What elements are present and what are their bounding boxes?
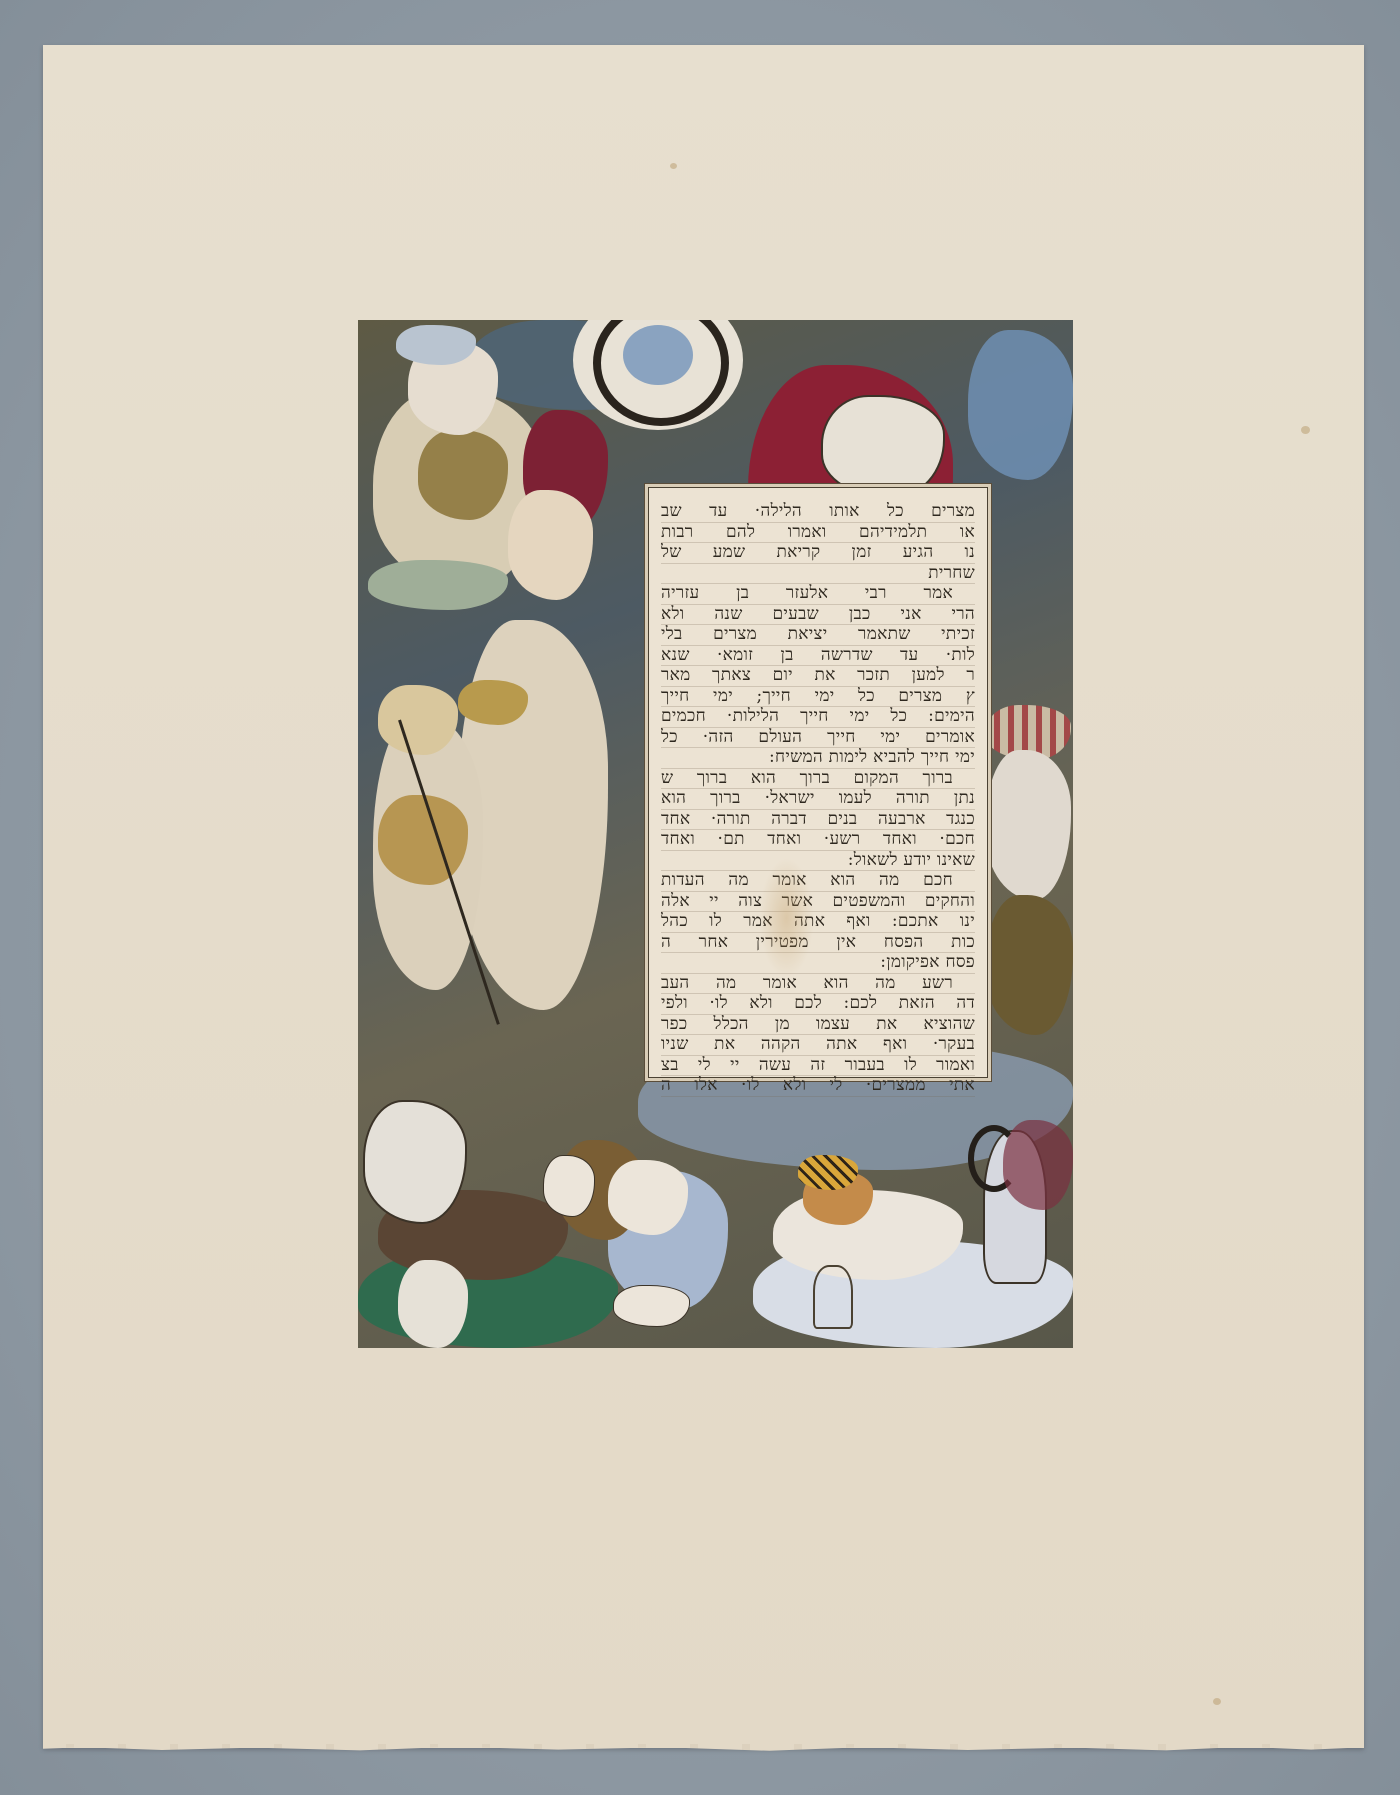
text-line: מצרים כל אותו הלילה· עד שב	[661, 502, 975, 523]
text-line: ואמור לו בעבור זה עשה יי לי בצ	[661, 1056, 975, 1077]
illustration-plate: מצרים כל אותו הלילה· עד שבאו תלמידיהם וא…	[358, 320, 1073, 1348]
text-line: שהוציא את עצמו מן הכלל כפר	[661, 1015, 975, 1036]
haggadah-text-panel: מצרים כל אותו הלילה· עד שבאו תלמידיהם וא…	[648, 487, 988, 1078]
warrior-cloak-ochre	[458, 680, 528, 725]
figure-face	[608, 1160, 688, 1235]
wash-blue-right	[968, 330, 1073, 480]
child-cap	[378, 685, 458, 755]
man-cloak	[986, 895, 1073, 1035]
scene-turbaned-man	[986, 705, 1073, 1045]
figure-lower-hand	[613, 1285, 690, 1327]
foxing-spot	[1213, 1698, 1221, 1705]
text-line: לות· עד שדרשה בן זומא· שנא	[661, 646, 975, 667]
text-line: ר למען תזכר את יום צאתך מאר	[661, 666, 975, 687]
text-line: דה הזאת לכם: לכם ולא לו· ולפי	[661, 994, 975, 1015]
text-line: נו הגיע זמן קריאת שמע של	[661, 543, 975, 564]
lamb-leg	[398, 1260, 468, 1348]
foxing-spot	[1301, 426, 1310, 434]
text-line: ינו אתכם: ואף אתה אמר לו כהל	[661, 912, 975, 933]
text-line: אתי ממצרים· לי ולא לו· אלו ה	[661, 1076, 975, 1097]
text-line: והחקים והמשפטים אשר צוה יי אלה	[661, 892, 975, 913]
text-line: ימי חייך להביא לימות המשיח:	[661, 748, 975, 769]
water-stain	[759, 858, 814, 978]
text-line: חכם מה הוא אומר מה העדות	[661, 871, 975, 892]
wine-wash	[1003, 1120, 1073, 1210]
sleeper-turban	[798, 1155, 858, 1190]
hebrew-text: מצרים כל אותו הלילה· עד שבאו תלמידיהם וא…	[661, 502, 975, 1097]
text-line: שחרית	[661, 564, 975, 585]
foxing-spot	[670, 163, 677, 169]
child-vest	[378, 795, 468, 885]
scene-sleeping-figure	[753, 1120, 1073, 1348]
lamb-head	[363, 1100, 467, 1224]
text-line: בעקר· ואף אתה הקהה את שניו	[661, 1035, 975, 1056]
text-line: הימים: כל ימי חייך הלילות· חכמים	[661, 707, 975, 728]
text-line: כנגד ארבעה בנים דברה תורה· אחד	[661, 810, 975, 831]
raised-hand	[821, 395, 945, 499]
rabbi-cap	[396, 325, 476, 365]
text-line: רשע מה הוא אומר מה העב	[661, 974, 975, 995]
text-line: זכיתי שתאמר יציאת מצרים בלי	[661, 625, 975, 646]
text-line: שאינו יודע לשאול:	[661, 851, 975, 872]
scene-bowed-figure	[498, 1100, 728, 1348]
text-line: חכם· ואחד רשע· ואחד תם· ואחד	[661, 830, 975, 851]
warrior-helmet	[508, 490, 593, 600]
text-line: ברוך המקום ברוך הוא ברוך ש	[661, 769, 975, 790]
man-face-beard	[986, 750, 1071, 900]
figure-hand	[543, 1155, 595, 1217]
text-line: או תלמידיהם ואמרו להם רבות	[661, 523, 975, 544]
text-line: נתן תורה לעמו ישראל· ברוך הוא	[661, 789, 975, 810]
text-line: אמר רבי אלעזר בן עזריה	[661, 584, 975, 605]
goblet	[813, 1265, 853, 1329]
rabbi-sleeve-green	[368, 560, 508, 610]
text-line: אומרים ימי חייך העולם הזה· כל	[661, 728, 975, 749]
text-line: כות הפסח אין מפטירין אחר ה	[661, 933, 975, 954]
text-line: ץ מצרים כל ימי חייך; ימי חייך	[661, 687, 975, 708]
text-line: פסח אפיקומן:	[661, 953, 975, 974]
scene-warrior-and-child	[358, 620, 648, 1040]
rabbi-vest	[418, 430, 508, 520]
text-line: הרי אני כבן שבעים שנה ולא	[661, 605, 975, 626]
